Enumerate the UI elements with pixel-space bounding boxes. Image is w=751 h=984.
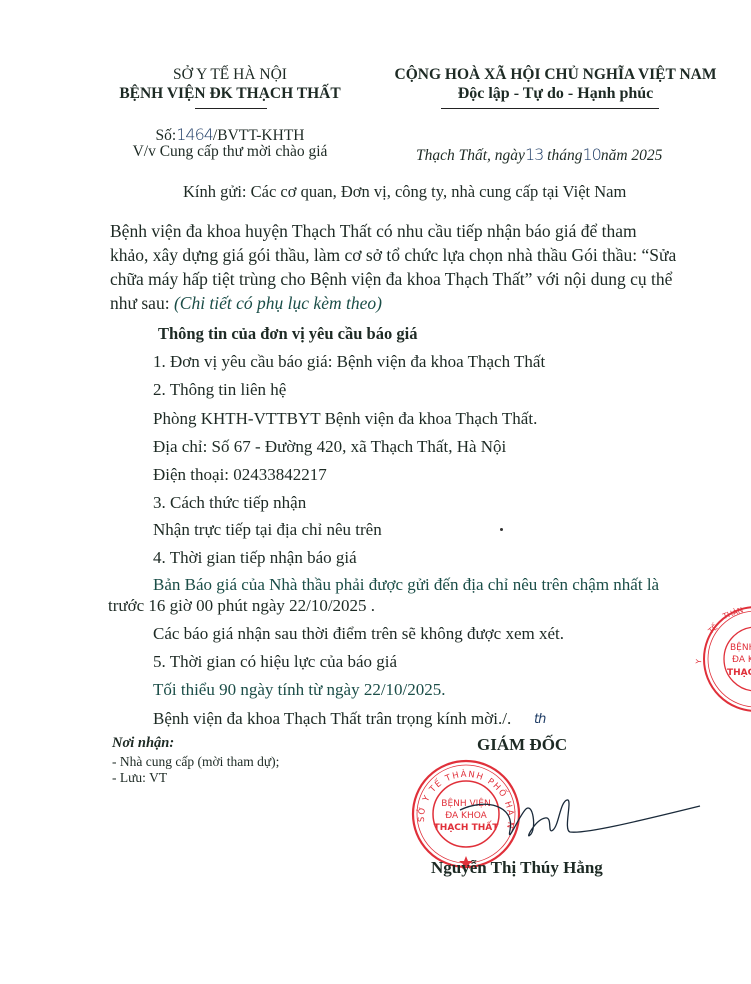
item-8: 4. Thời gian tiếp nhận báo giá (153, 548, 357, 568)
document-number-prefix: Số: (156, 127, 177, 144)
recipients-title: Nơi nhận: (112, 735, 174, 752)
date-month-label: tháng (547, 147, 582, 164)
page-edge-seal-icon: BỆNH ĐA K THẠCH TẾ Y THÀN (686, 604, 751, 714)
signer-name: Nguyễn Thị Thúy Hằng (431, 858, 603, 878)
validity-detail: Tối thiểu 90 ngày tính từ ngày 22/10/202… (153, 680, 446, 700)
date-year: năm 2025 (601, 147, 663, 164)
item-2: 2. Thông tin liên hệ (153, 380, 286, 400)
date-line: Thạch Thất, ngày13 tháng10năm 2025 (416, 145, 662, 165)
intro-attachment-note: (Chi tiết có phụ lục kèm theo) (174, 293, 382, 313)
closing-line: Bệnh viện đa khoa Thạch Thất trân trọng … (153, 709, 511, 729)
intro-line-1: Bệnh viện đa khoa huyện Thạch Thất có nh… (110, 219, 637, 243)
deadline-line-1: Bản Báo giá của Nhà thầu phải được gửi đ… (153, 575, 659, 595)
svg-text:THẠCH: THẠCH (727, 668, 751, 678)
intro-last-prefix: như sau: (110, 293, 174, 313)
nation-title: CỘNG HOÀ XÃ HỘI CHỦ NGHĨA VIỆT NAM (360, 66, 751, 84)
document-number-suffix: /BVTT-KHTH (213, 127, 305, 144)
intro-line-4: như sau: (Chi tiết có phụ lục kèm theo) (110, 291, 382, 315)
item-3: Phòng KHTH-VTTBYT Bệnh viện đa khoa Thạc… (153, 409, 537, 429)
document-subject: V/v Cung cấp thư mời chào giá (80, 143, 380, 161)
item-validity: 5. Thời gian có hiệu lực của báo giá (153, 652, 397, 672)
recipient-line: Kính gửi: Các cơ quan, Đơn vị, công ty, … (183, 182, 626, 202)
svg-text:THÀN: THÀN (721, 605, 745, 621)
recipient-item-2: - Lưu: VT (112, 770, 167, 786)
item-4: Địa chỉ: Số 67 - Đường 420, xã Thạch Thấ… (153, 437, 506, 457)
hospital-name: BỆNH VIỆN ĐK THẠCH THẤT (80, 85, 380, 103)
intro-line-2: khảo, xây dựng giá gói thầu, làm cơ sở t… (110, 243, 676, 267)
date-day: 13 (525, 145, 543, 164)
date-month: 10 (582, 145, 600, 164)
initials-handwritten: th (534, 712, 545, 727)
stray-dot (500, 528, 503, 531)
document-number: Số:1464/BVTT-KHTH (80, 125, 380, 145)
late-quote-note: Các báo giá nhận sau thời điểm trên sẽ k… (153, 624, 564, 644)
svg-text:ĐA K: ĐA K (732, 655, 751, 665)
item-5: Điện thoại: 02433842217 (153, 465, 327, 485)
national-motto: Độc lập - Tự do - Hạnh phúc (360, 85, 751, 103)
document-number-handwritten: 1464 (176, 125, 213, 144)
svg-text:Y: Y (694, 658, 703, 665)
signature-scribble-icon (455, 790, 705, 850)
deadline-line-2: trước 16 giờ 00 phút ngày 22/10/2025 . (108, 596, 375, 616)
section-title: Thông tin của đơn vị yêu cầu báo giá (158, 324, 417, 344)
item-6: 3. Cách thức tiếp nhận (153, 493, 306, 513)
header-left-underline (195, 108, 267, 109)
motto-underline (441, 108, 659, 109)
item-7: Nhận trực tiếp tại địa chỉ nêu trên (153, 520, 382, 540)
signature-title: GIÁM ĐỐC (477, 735, 567, 755)
item-1: 1. Đơn vị yêu cầu báo giá: Bệnh viện đa … (153, 352, 545, 372)
intro-line-3: chữa máy hấp tiệt trùng cho Bệnh viện đa… (110, 267, 672, 291)
date-place: Thạch Thất, ngày (416, 147, 525, 164)
recipient-item-1: - Nhà cung cấp (mời tham dự); (112, 754, 279, 770)
agency-name: SỞ Y TẾ HÀ NỘI (80, 66, 380, 84)
svg-text:BỆNH: BỆNH (730, 641, 751, 653)
